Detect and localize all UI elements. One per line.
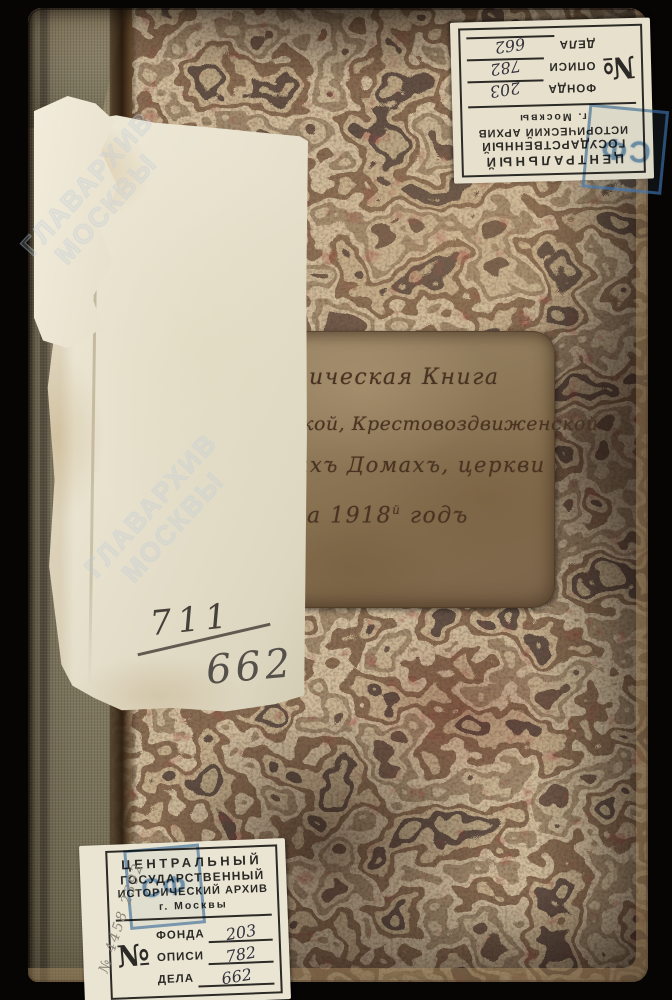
title-year: а 1918 (307, 503, 392, 528)
title-line-1: ическая Книга (309, 365, 499, 390)
archive-book-photo: ическая Книга ской, Крестовоздвиженской … (0, 0, 672, 1000)
microfilm-stamp: СФ (581, 104, 669, 195)
delo-row: ДЕЛА 662 (157, 963, 274, 989)
fond-label: ФОНДА (547, 78, 596, 97)
delo-value: 662 (220, 965, 253, 989)
title-line-2: ской, Крестовоздвиженской (291, 413, 599, 435)
fond-row: ФОНДА 203 (467, 78, 596, 103)
delo-label: ДЕЛА (558, 34, 595, 52)
title-year-word: годъ (410, 503, 469, 528)
stamp-table: № ФОНДА 203 ОПИСИ 782 ДЕЛА 662 (466, 33, 636, 108)
new-case-number: 662 (204, 640, 296, 694)
delo-value: 662 (494, 34, 527, 57)
title-line-year: а 1918й годъ (307, 503, 469, 528)
opis-value: 782 (489, 56, 522, 79)
number-symbol: № (116, 941, 151, 974)
fond-label: ФОНДА (156, 926, 205, 945)
title-line-3: ихъ Домахъ, церкви (295, 453, 546, 477)
archive-stamp-label-bottom: ЦЕНТРАЛЬНЫЙ ГОСУДАРСТВЕННЫЙ ИСТОРИЧЕСКИЙ… (79, 838, 291, 1000)
title-label: ическая Книга ской, Крестовоздвиженской … (283, 331, 555, 608)
number-symbol: № (601, 50, 636, 82)
archive-stamp-label-top: ЦЕНТРАЛЬНЫЙ ГОСУДАРСТВЕННЫЙ ИСТОРИЧЕСКИЙ… (450, 17, 654, 183)
opis-label: ОПИСИ (548, 56, 595, 74)
title-year-suffix: й (392, 503, 401, 517)
delo-label: ДЕЛА (157, 971, 194, 990)
opis-label: ОПИСИ (157, 948, 205, 967)
fond-value: 203 (489, 78, 522, 101)
